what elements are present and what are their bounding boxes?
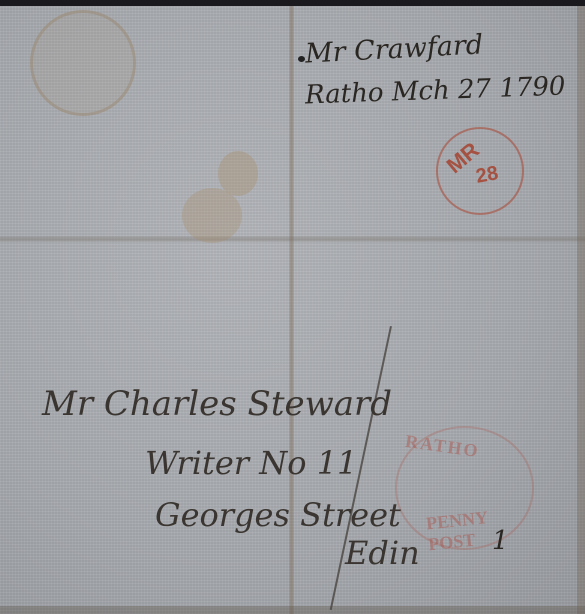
- address-name: Mr Charles Steward: [42, 384, 392, 424]
- wax-seal-stain: [30, 10, 136, 116]
- address-street: Georges Street: [155, 496, 401, 534]
- foxing-stain: [218, 151, 258, 196]
- ink-dot: [298, 56, 305, 62]
- postmark-day: 28: [474, 162, 500, 189]
- letter-cover: Mr Crawfard Ratho Mch 27 1790 MR 28 RATH…: [0, 6, 585, 614]
- horizontal-fold: [0, 236, 585, 242]
- bottom-edge: [0, 606, 585, 614]
- bishop-postmark: MR 28: [436, 127, 524, 215]
- postmark-town: RATHO: [404, 431, 481, 462]
- docket-place-date: Ratho Mch 27 1790: [305, 71, 566, 110]
- address-occupation: Writer No 11: [145, 444, 357, 482]
- postage-rate: 1: [492, 526, 509, 556]
- postmark-service: PENNY POST: [425, 503, 534, 556]
- foxing-stain: [182, 188, 242, 243]
- address-city: Edin: [345, 534, 420, 572]
- town-postmark: RATHO PENNY POST: [395, 426, 534, 550]
- right-edge: [577, 6, 585, 614]
- docket-sender: Mr Crawfard: [304, 29, 484, 69]
